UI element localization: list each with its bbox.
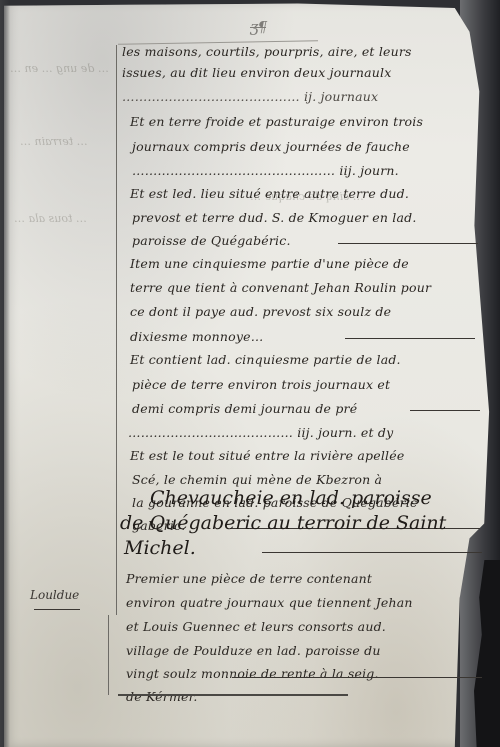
margin-note: Louldue xyxy=(30,588,79,602)
section-heading-line-3: Michel. xyxy=(124,537,196,559)
text-line: les maisons, courtils, pourpris, aire, e… xyxy=(122,44,412,59)
text-line: environ quatre journaux que tiennent Jeh… xyxy=(126,595,413,610)
bleed-through-text: … tous ala … xyxy=(14,212,87,225)
text-line: Item une cinquiesme partie d'une pièce d… xyxy=(130,256,409,271)
text-line: pièce de terre environ trois journaux et xyxy=(132,377,390,392)
page-edge-shadow xyxy=(0,0,10,747)
text-line: issues, au dit lieu environ deux journau… xyxy=(122,65,391,80)
text-line: dixiesme monnoye… xyxy=(130,329,263,344)
text-line: Et contient lad. cinquiesme partie de la… xyxy=(130,352,401,367)
bleed-through-text: … de ung … en … xyxy=(10,62,109,75)
closing-rule xyxy=(118,694,348,696)
text-line: de Kérmer. xyxy=(126,689,198,704)
section-heading-line-2: de Quégaberic au terroir de Saint xyxy=(120,512,446,534)
text-line: ………………………………… iij. journ. et dy xyxy=(128,425,393,440)
text-line: Et est le tout situé entre la rivière ap… xyxy=(130,448,404,463)
text-line: et Louis Guennec et leurs consorts aud. xyxy=(126,619,386,634)
text-line: journaux compris deux journées de fauche xyxy=(132,139,410,154)
text-line: ce dont il paye aud. prevost six soulz d… xyxy=(130,304,391,319)
margin-note-underline xyxy=(34,609,80,610)
margin-rule-lower xyxy=(108,615,109,695)
text-line: terre que tient à convenant Jehan Roulin… xyxy=(130,280,431,295)
bleed-through-text: … terrain … xyxy=(20,135,88,148)
line-filler xyxy=(232,677,482,678)
folio-mark: ʒ¶ xyxy=(250,18,266,36)
text-line: Premier une pièce de terre contenant xyxy=(126,571,372,586)
text-line: village de Poulduze en lad. paroisse du xyxy=(126,643,381,658)
text-line: vingt soulz monnoie de rente à la seig. xyxy=(126,666,379,681)
text-line: demi compris demi journau de pré xyxy=(132,401,357,416)
margin-rule xyxy=(116,45,117,615)
text-line: paroisse de Quégabéric. xyxy=(132,233,291,248)
line-filler xyxy=(262,552,482,553)
text-line: Scé, le chemin qui mène de Kbezron à xyxy=(132,472,382,487)
text-line: ………………………………………… iij. journ. xyxy=(132,163,399,178)
line-filler xyxy=(410,410,480,411)
line-filler xyxy=(345,338,475,339)
section-heading-line-1: Chevaucheie en lad. paroisse xyxy=(150,487,432,509)
text-line: Et est led. lieu situé entre autre terre… xyxy=(130,186,409,201)
line-filler xyxy=(338,243,478,244)
text-line: …………………………………… ij. journaux xyxy=(122,89,378,104)
text-line: prevost et terre dud. S. de Kmoguer en l… xyxy=(132,210,417,225)
text-line: Et en terre froide et pasturaige environ… xyxy=(130,114,423,129)
